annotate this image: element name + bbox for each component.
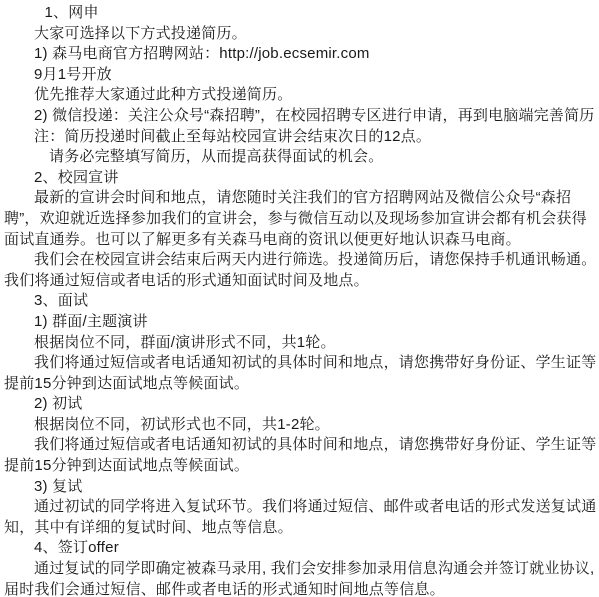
doc-paragraph: 优先推荐大家通过此种方式投递简历。	[4, 85, 597, 106]
doc-paragraph: 2) 微信投递：关注公众号“森招聘”，在校园招聘专区进行申请，再到电脑端完善简历	[4, 106, 597, 127]
doc-paragraph: 我们将通过短信或者电话通知初试的具体时间和地点，请您携带好身份证、学生证等提前1…	[4, 353, 597, 394]
doc-paragraph: 根据岗位不同，群面/演讲形式不同，共1轮。	[4, 333, 597, 354]
doc-paragraph: 1) 群面/主题演讲	[4, 312, 597, 333]
doc-paragraph: 最新的宣讲会时间和地点，请您随时关注我们的官方招聘网站及微信公众号“森招聘”，欢…	[4, 188, 597, 250]
doc-paragraph-note: 注：简历投递时间截止至每站校园宣讲会结束次日的12点。	[4, 127, 597, 148]
heading-campus-talk: 2、校园宣讲	[4, 168, 597, 189]
doc-paragraph: 我们会在校园宣讲会结束后两天内进行筛选。投递简历后，请您保持手机通讯畅通。我们将…	[4, 250, 597, 291]
doc-paragraph: 大家可选择以下方式投递简历。	[4, 24, 597, 45]
heading-online-application: 1、网申	[4, 3, 597, 24]
doc-paragraph: 3) 复试	[4, 477, 597, 498]
doc-paragraph: 请务必完整填写简历，从而提高获得面试的机会。	[4, 147, 597, 168]
doc-paragraph: 我们将通过短信或者电话通知初试的具体时间和地点，请您携带好身份证、学生证等提前1…	[4, 435, 597, 476]
doc-paragraph: 2) 初试	[4, 394, 597, 415]
heading-interview: 3、面试	[4, 291, 597, 312]
recruitment-process-document: 1、网申 大家可选择以下方式投递简历。 1) 森马电商官方招聘网站：http:/…	[0, 0, 599, 597]
heading-offer-signing: 4、签订offer	[4, 538, 597, 559]
doc-paragraph: 9月1号开放	[4, 65, 597, 86]
doc-paragraph: 根据岗位不同，初试形式也不同，共1-2轮。	[4, 415, 597, 436]
doc-paragraph-job-site-url: 1) 森马电商官方招聘网站：http://job.ecsemir.com	[4, 44, 597, 65]
doc-paragraph: 通过复试的同学即确定被森马录用, 我们会安排参加录用信息沟通会并签订就业协议, …	[4, 559, 597, 597]
doc-paragraph: 通过初试的同学将进入复试环节。我们将通过短信、邮件或者电话的形式发送复试通知，其…	[4, 497, 597, 538]
